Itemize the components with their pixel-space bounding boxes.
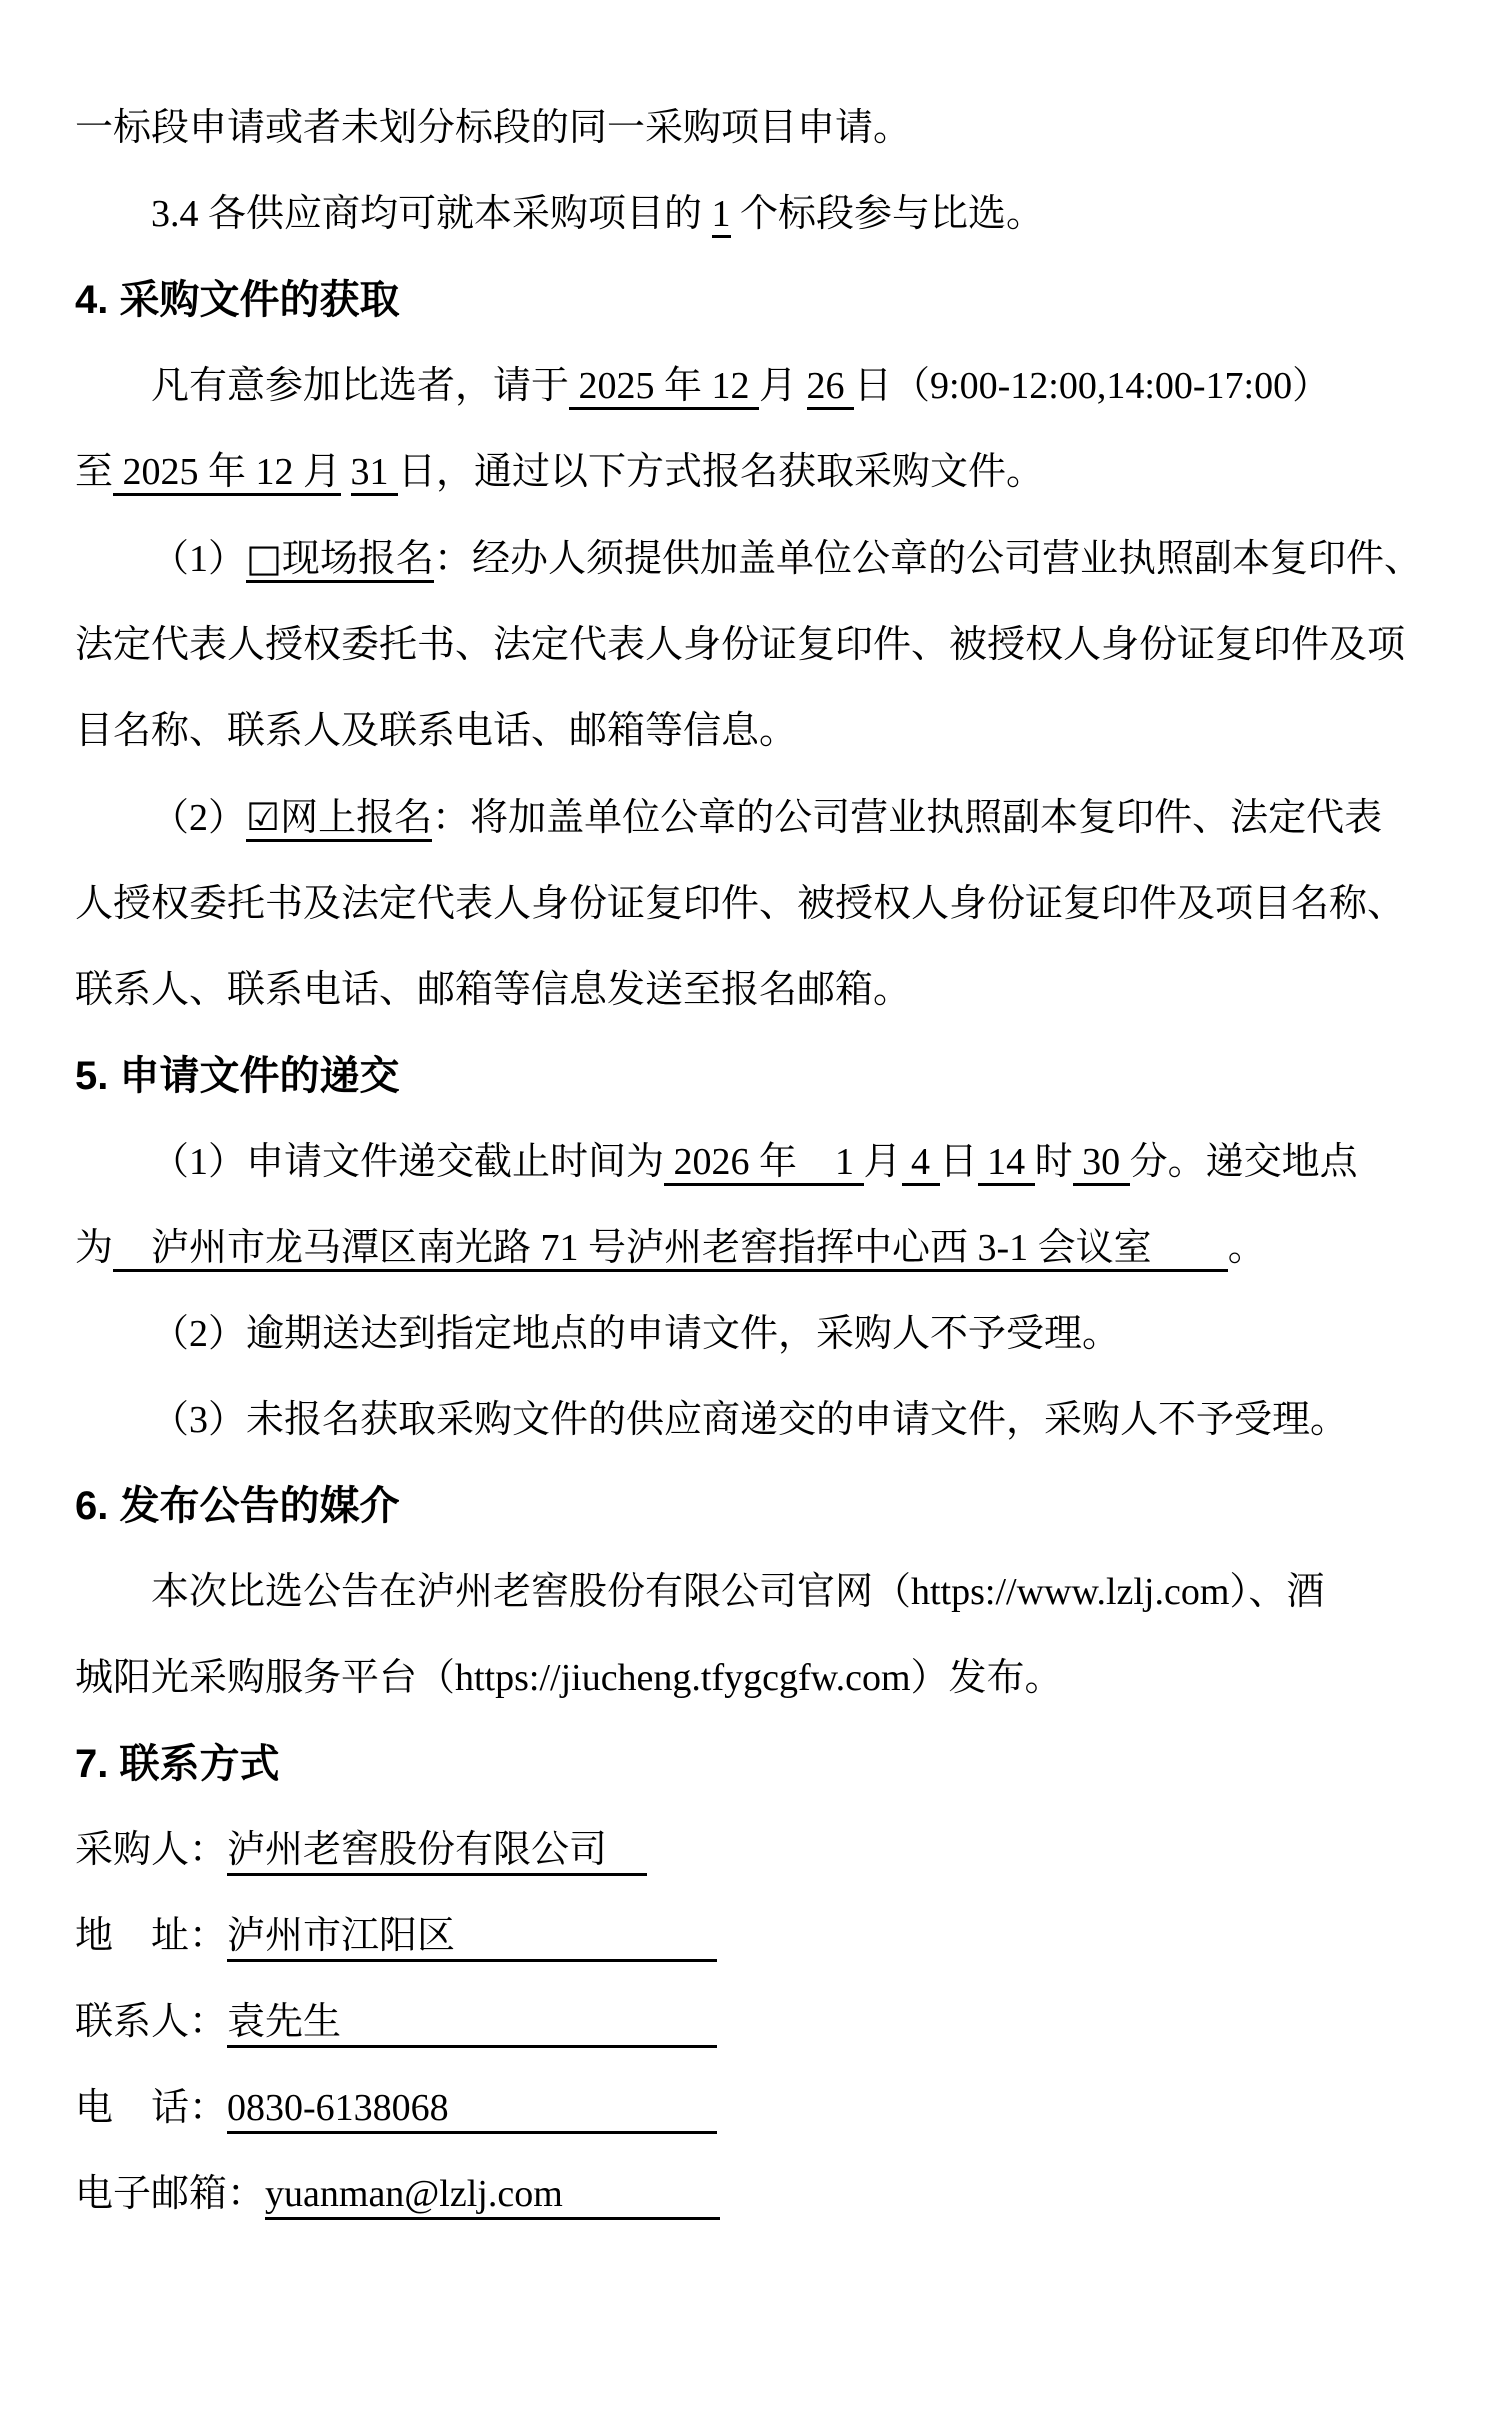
text-segment: 本次比选公告在泸州老窖股份有限公司官网（https://www.lzlj.com… [151,1571,1324,1613]
para-unregistered-delivery: （3）未报名获取采购文件的供应商递交的申请文件，采购人不予受理。 [75,1377,1425,1463]
contact-address: 地 址：泸州市江阳区 [75,1893,1425,1979]
underlined-year: 2026 年 1 [664,1141,864,1186]
para-announcement-media-line2: 城阳光采购服务平台（https://jiucheng.tfygcgfw.com）… [75,1635,1425,1721]
checkbox-unchecked-icon: □ [246,536,282,580]
underlined-date: 2025 年 12 [569,365,759,410]
text-segment: ：将加盖单位公章的公司营业执照副本复印件、法定代表 [432,797,1382,839]
para-onsite-registration: （1）□现场报名：经办人须提供加盖单位公章的公司营业执照副本复印件、 [75,515,1425,602]
contact-label: 采购人： [75,1829,227,1871]
text-segment: 分。递交地点 [1130,1141,1358,1183]
para-delivery-address: 为 泸州市龙马潭区南光路 71 号泸州老窖指挥中心西 3-1 会议室 。 [75,1205,1425,1291]
contact-person: 联系人：袁先生 [75,1979,1425,2065]
text-segment: 。 [1228,1227,1266,1269]
text-segment: 联系人、联系电话、邮箱等信息发送至报名邮箱。 [75,969,911,1011]
text-segment: 法定代表人授权委托书、法定代表人身份证复印件、被授权人身份证复印件及项 [75,624,1405,666]
underlined-day: 26 [807,365,855,410]
document-page: 一标段申请或者未划分标段的同一采购项目申请。 3.4 各供应商均可就本采购项目的… [0,0,1500,2237]
para-late-delivery: （2）逾期送达到指定地点的申请文件，采购人不予受理。 [75,1291,1425,1377]
underlined-day: 31 [351,451,399,496]
text-segment [341,451,351,493]
underlined-date: 2025 年 12 月 [113,451,341,496]
underlined-day: 4 [902,1141,940,1186]
text-segment: 人授权委托书及法定代表人身份证复印件、被授权人身份证复印件及项目名称、 [75,883,1405,925]
text-segment: 城阳光采购服务平台（https://jiucheng.tfygcgfw.com）… [75,1657,1063,1699]
contact-email: 电子邮箱：yuanman@lzlj.com [75,2151,1425,2237]
paragraph-continuation: 一标段申请或者未划分标段的同一采购项目申请。 [75,85,1425,171]
underlined-minute: 30 [1073,1141,1130,1186]
contact-label: 电子邮箱： [75,2173,265,2215]
text-segment: 为 [75,1227,113,1269]
text-segment: 凡有意参加比选者，请于 [151,365,569,407]
para-deadline: （1）申请文件递交截止时间为 2026 年 1 月 4 日 14 时 30 分。… [75,1119,1425,1205]
contact-label: 联系人： [75,2001,227,2043]
section-heading-7: 7. 联系方式 [75,1721,1425,1807]
onsite-option: □现场报名 [246,538,434,583]
contact-value: 泸州老窖股份有限公司 [227,1829,647,1876]
text-segment: 个标段参与比选。 [731,193,1045,235]
text-segment: （2） [151,797,246,839]
para-onsite-registration-cont2: 目名称、联系人及联系电话、邮箱等信息。 [75,688,1425,774]
underlined-value: 1 [712,193,731,238]
para-onsite-registration-cont1: 法定代表人授权委托书、法定代表人身份证复印件、被授权人身份证复印件及项 [75,602,1425,688]
text-segment: 时 [1035,1141,1073,1183]
text-segment: 日 [940,1141,978,1183]
text-segment: 3.4 各供应商均可就本采购项目的 [151,193,712,235]
text-segment: 至 [75,451,113,493]
contact-value: 袁先生 [227,2001,717,2048]
contact-label: 电 话： [75,2087,227,2129]
text-segment: 一标段申请或者未划分标段的同一采购项目申请。 [75,107,911,149]
section-heading-4: 4. 采购文件的获取 [75,257,1425,343]
text-segment: （1）申请文件递交截止时间为 [151,1141,664,1183]
contact-value: 泸州市江阳区 [227,1915,717,1962]
clause-3-4: 3.4 各供应商均可就本采购项目的 1 个标段参与比选。 [75,171,1425,257]
option-label: 现场报名 [282,538,434,580]
heading-text: 4. 采购文件的获取 [75,278,399,322]
contact-phone: 电 话：0830-6138068 [75,2065,1425,2151]
para-announcement-media-line1: 本次比选公告在泸州老窖股份有限公司官网（https://www.lzlj.com… [75,1549,1425,1635]
heading-text: 5. 申请文件的递交 [75,1054,399,1098]
online-option: ☑网上报名 [246,797,432,842]
text-segment: 日，通过以下方式报名获取采购文件。 [398,451,1044,493]
underlined-hour: 14 [978,1141,1035,1186]
text-segment: ：经办人须提供加盖单位公章的公司营业执照副本复印件、 [434,538,1422,580]
para-online-registration-cont2: 联系人、联系电话、邮箱等信息发送至报名邮箱。 [75,947,1425,1033]
contact-value: yuanman@lzlj.com [265,2173,720,2220]
contact-purchaser: 采购人：泸州老窖股份有限公司 [75,1807,1425,1893]
section-heading-6: 6. 发布公告的媒介 [75,1463,1425,1549]
text-segment: 目名称、联系人及联系电话、邮箱等信息。 [75,710,797,752]
option-label: 网上报名 [280,797,432,839]
section-heading-5: 5. 申请文件的递交 [75,1033,1425,1119]
heading-text: 6. 发布公告的媒介 [75,1484,399,1528]
heading-text: 7. 联系方式 [75,1742,279,1786]
underlined-address: 泸州市龙马潭区南光路 71 号泸州老窖指挥中心西 3-1 会议室 [113,1227,1228,1272]
text-segment: 日（9:00-12:00,14:00-17:00） [854,365,1330,407]
contact-label: 地 址： [75,1915,227,1957]
text-segment: （1） [151,538,246,580]
para-obtain-time-line1: 凡有意参加比选者，请于 2025 年 12 月 26 日（9:00-12:00,… [75,343,1425,429]
contact-value: 0830-6138068 [227,2087,717,2134]
text-segment: （2）逾期送达到指定地点的申请文件，采购人不予受理。 [151,1313,1120,1355]
para-online-registration-cont1: 人授权委托书及法定代表人身份证复印件、被授权人身份证复印件及项目名称、 [75,861,1425,947]
para-online-registration: （2）☑网上报名：将加盖单位公章的公司营业执照副本复印件、法定代表 [75,774,1425,861]
text-segment: （3）未报名获取采购文件的供应商递交的申请文件，采购人不予受理。 [151,1399,1348,1441]
para-obtain-time-line2: 至 2025 年 12 月 31 日，通过以下方式报名获取采购文件。 [75,429,1425,515]
text-segment: 月 [864,1141,902,1183]
checkbox-checked-icon: ☑ [246,795,280,839]
text-segment: 月 [759,365,807,407]
